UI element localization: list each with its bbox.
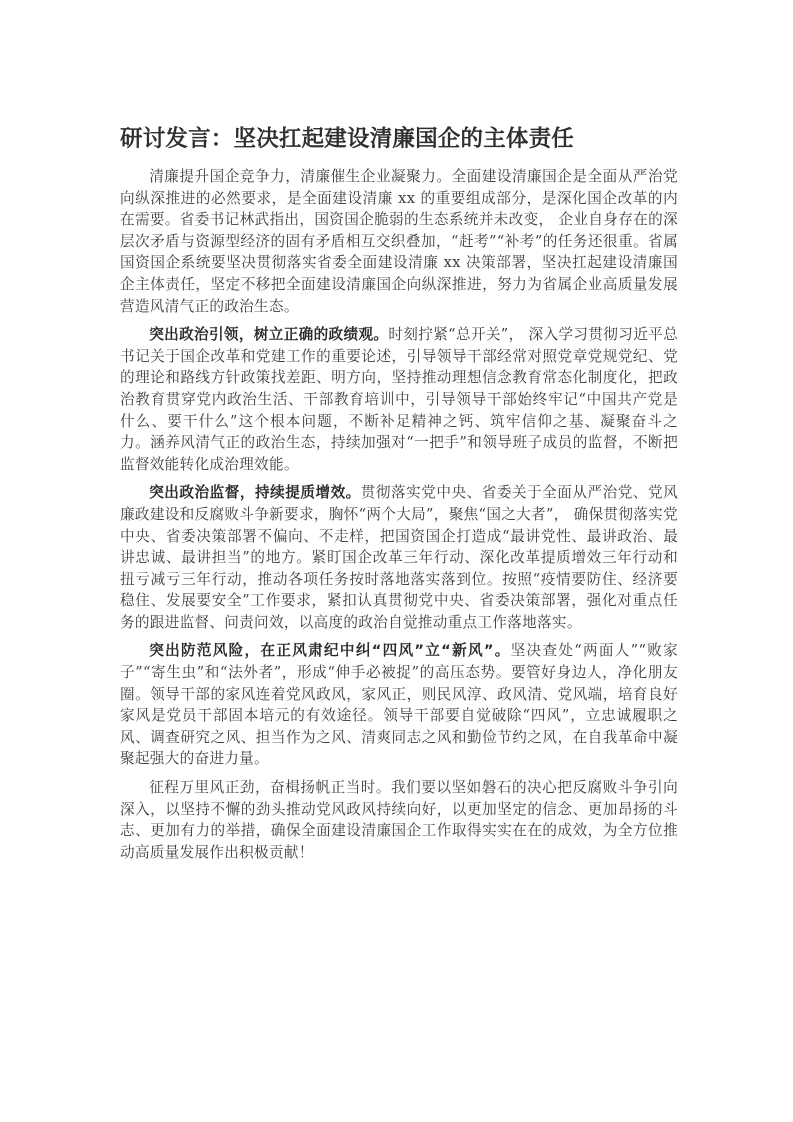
paragraph-lead: 突出政治监督，持续提质增效。 <box>149 484 361 501</box>
paragraph-text: 清廉提升国企竞争力，清廉催生企业凝聚力。全面建设清廉国企是全面从严治党向纵深推进… <box>120 168 678 315</box>
paragraph-intro: 清廉提升国企竞争力，清廉催生企业凝聚力。全面建设清廉国企是全面从严治党向纵深推进… <box>120 166 678 317</box>
paragraph-text: 时刻拧紧“总开关”， 深入学习贯彻习近平总书记关于国企改革和党建工作的重要论述，… <box>120 326 678 473</box>
paragraph-risk-prevention: 突出防范风险，在正风肃纪中纠“四风”立“新风”。坚决查处“两面人”“败家子”“寄… <box>120 640 678 770</box>
document-page: 研讨发言：坚决扛起建设清廉国企的主体责任 清廉提升国企竞争力，清廉催生企业凝聚力… <box>120 122 678 870</box>
paragraph-lead: 突出政治引领，树立正确的政绩观。 <box>149 326 388 343</box>
paragraph-text: 征程万里风正劲，奋楫扬帆正当时。我们要以坚如磐石的决心把反腐败斗争引向深入，以坚… <box>120 779 678 861</box>
paragraph-political-leadership: 突出政治引领，树立正确的政绩观。时刻拧紧“总开关”， 深入学习贯彻习近平总书记关… <box>120 324 678 475</box>
paragraph-lead: 突出防范风险，在正风肃纪中纠“四风”立“新风”。 <box>149 642 510 659</box>
paragraph-text: 坚决查处“两面人”“败家子”“寄生虫”和“法外者”，形成“伸手必被捉”的高压态势… <box>120 642 678 767</box>
paragraph-conclusion: 征程万里风正劲，奋楫扬帆正当时。我们要以坚如磐石的决心把反腐败斗争引向深入，以坚… <box>120 777 678 863</box>
paragraph-text: 贯彻落实党中央、省委关于全面从严治党、党风廉政建设和反腐败斗争新要求，胸怀“两个… <box>120 484 678 631</box>
document-title: 研讨发言：坚决扛起建设清廉国企的主体责任 <box>120 122 678 156</box>
paragraph-political-supervision: 突出政治监督，持续提质增效。贯彻落实党中央、省委关于全面从严治党、党风廉政建设和… <box>120 482 678 633</box>
